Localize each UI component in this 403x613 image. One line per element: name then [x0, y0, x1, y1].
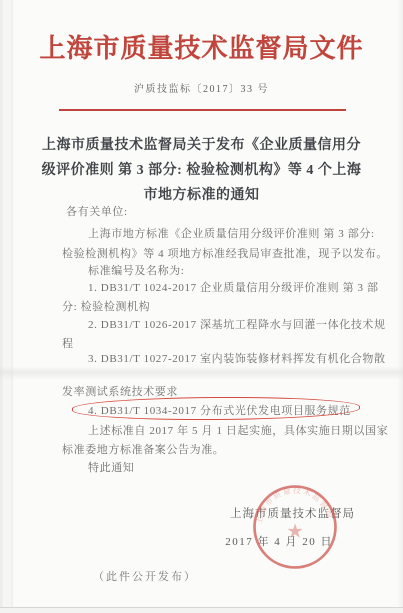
standard-item2-line-1: 2. DB31/T 1026-2017 深基坑工程降水与回灌一体化技术规: [88, 318, 388, 332]
public-release-note: （此件公开发布）: [93, 568, 197, 584]
subject-title-line-1: 上海市质量技术监督局关于发布《企业质量信用分: [0, 134, 403, 154]
screenshot-stitch-seam: [0, 366, 403, 380]
subject-title-line-2: 级评价准则 第 3 部分: 检验检测机构》等 4 个上海: [0, 159, 403, 179]
standard-item3-line-2: 发率测试系统技术要求: [62, 385, 362, 399]
salutation-line: 各有关单位:: [66, 205, 366, 219]
seal-graphic: 上海市质量技术监督局 ★: [246, 483, 344, 571]
letterhead-divider: [59, 109, 346, 111]
standard-item4-line: 4. DB31/T 1034-2017 分布式光伏发电项目服务规范: [88, 404, 388, 418]
seal-ring-icon: [255, 487, 336, 568]
standard-item1-line-1: 1. DB31/T 1024-2017 企业质量信用分级评价准则 第 3 部: [88, 281, 388, 295]
paragraph2-line-2: 标准委地方标准备案公告为准。: [62, 443, 362, 457]
paragraph2-line-1: 上述标准自 2017 年 5 月 1 日起实施，具体实施日期以国家: [88, 424, 388, 438]
paragraph1-line-1: 上海市地方标准《企业质量信用分级评价准则 第 3 部分:: [88, 227, 388, 241]
standards-list-intro: 标准编号及名称为:: [88, 264, 388, 278]
standard-item2-line-2: 程: [62, 337, 362, 351]
document-number: 沪质技监标〔2017〕33 号: [0, 80, 403, 95]
subject-title-line-3: 市地方标准的通知: [0, 184, 403, 204]
closing-line: 特此通知: [88, 461, 388, 475]
document-page: 上海市质量技术监督局文件 沪质技监标〔2017〕33 号 上海市质量技术监督局关…: [0, 0, 403, 613]
signature-date: 2017 年 4 月 20 日: [225, 533, 333, 549]
paragraph1-line-2: 检验检测机构》等 4 项地方标准经我局审查批准，现予以发布。: [62, 247, 362, 261]
letterhead-title: 上海市质量技术监督局文件: [0, 28, 403, 65]
official-seal: 上海市质量技术监督局 ★: [246, 483, 344, 571]
page-bottom-edge: [0, 607, 403, 613]
signature-agency: 上海市质量技术监督局: [230, 505, 355, 521]
standard-item1-line-2: 分: 检验检测机构: [62, 300, 362, 314]
standard-item3-line-1: 3. DB31/T 1027-2017 室内装饰装修材料挥发有机化合物散: [88, 352, 388, 366]
